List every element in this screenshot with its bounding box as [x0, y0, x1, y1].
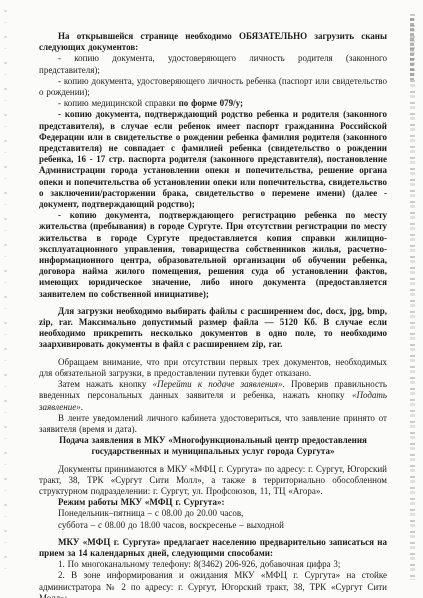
- text-run: - копию документа, подтверждающий родств…: [39, 109, 387, 209]
- para-appointment-desk: 2. В зоне информирования и ожидания МКУ …: [39, 570, 387, 598]
- text-run: Понедельник–пятница – с 08.00 до 20.00 ч…: [58, 508, 243, 518]
- document-body: На открывшейся странице необходимо ОБЯЗА…: [39, 31, 387, 598]
- para-doc-parent-id: - копию документа, удостоверяющего лично…: [39, 53, 387, 75]
- para-doc-kinship: - копию документа, подтверждающий родств…: [39, 109, 387, 210]
- para-warning: Обращаем внимание, что при отсутствии пе…: [39, 357, 387, 379]
- para-doc-medical: - копию медицинской справки по форме 079…: [39, 98, 387, 109]
- text-run: «Перейти к подаче заявления»: [153, 379, 283, 389]
- text-run: 2. В зоне информирования и ожидания МКУ …: [39, 570, 387, 598]
- text-run: .: [81, 402, 83, 412]
- text-run: по форме 079/у;: [179, 98, 244, 108]
- para-file-requirements: Для загрузки необходимо выбирать файлы с…: [39, 306, 387, 351]
- text-run: суббота – с 08.00 до 18.00 часов, воскре…: [58, 520, 284, 530]
- text-run: Затем нажать кнопку: [58, 379, 153, 389]
- text-run: 1. По многоканальному телефону: 8(3462) …: [58, 559, 340, 569]
- para-schedule-weekdays: Понедельник–пятница – с 08.00 до 20.00 ч…: [39, 508, 387, 519]
- text-run: В ленте уведомлений личного кабинета удо…: [39, 413, 387, 434]
- text-run: Для загрузки необходимо выбирать файлы с…: [39, 306, 387, 350]
- para-upload-intro: На открывшейся странице необходимо ОБЯЗА…: [39, 31, 387, 53]
- para-mfc-heading: Подача заявления в МКУ «Многофункциональ…: [39, 435, 387, 457]
- text-run: - копию медицинской справки: [58, 98, 179, 108]
- para-submit-steps: Затем нажать кнопку «Перейти к подаче за…: [39, 379, 387, 413]
- scan-noise-right: [410, 14, 415, 580]
- para-doc-child-id: - копию документа, удостоверяющего лично…: [39, 76, 387, 98]
- text-run: - копию документа, удостоверяющего лично…: [39, 53, 387, 74]
- para-schedule-weekend: суббота – с 08.00 до 18.00 часов, воскре…: [39, 520, 387, 531]
- text-run: Режим работы МКУ «МФЦ г. Сургута»:: [58, 497, 224, 507]
- text-run: - копию документа, удостоверяющего лично…: [39, 76, 387, 97]
- text-run: - копию документа, подтверждающего регис…: [39, 210, 387, 298]
- para-appointment-offer: МКУ «МФЦ г. Сургута» предлагает населени…: [39, 537, 387, 559]
- para-mfc-address: Документы принимаются в МКУ «МФЦ г. Сург…: [39, 464, 387, 498]
- para-schedule-title: Режим работы МКУ «МФЦ г. Сургута»:: [39, 497, 387, 508]
- para-doc-registration: - копию документа, подтверждающего регис…: [39, 210, 387, 300]
- text-run: Документы принимаются в МКУ «МФЦ г. Сург…: [39, 464, 387, 496]
- para-notification-check: В ленте уведомлений личного кабинета удо…: [39, 413, 387, 435]
- text-run: На открывшейся странице необходимо ОБЯЗА…: [39, 31, 387, 52]
- text-run: Подача заявления в МКУ «Многофункциональ…: [59, 435, 367, 456]
- document-page: На открывшейся странице необходимо ОБЯЗА…: [0, 0, 423, 598]
- text-run: МКУ «МФЦ г. Сургута» предлагает населени…: [39, 537, 387, 558]
- para-appointment-phone: 1. По многоканальному телефону: 8(3462) …: [39, 559, 387, 570]
- scan-noise-left: [4, 10, 7, 570]
- text-run: Обращаем внимание, что при отсутствии пе…: [39, 357, 387, 378]
